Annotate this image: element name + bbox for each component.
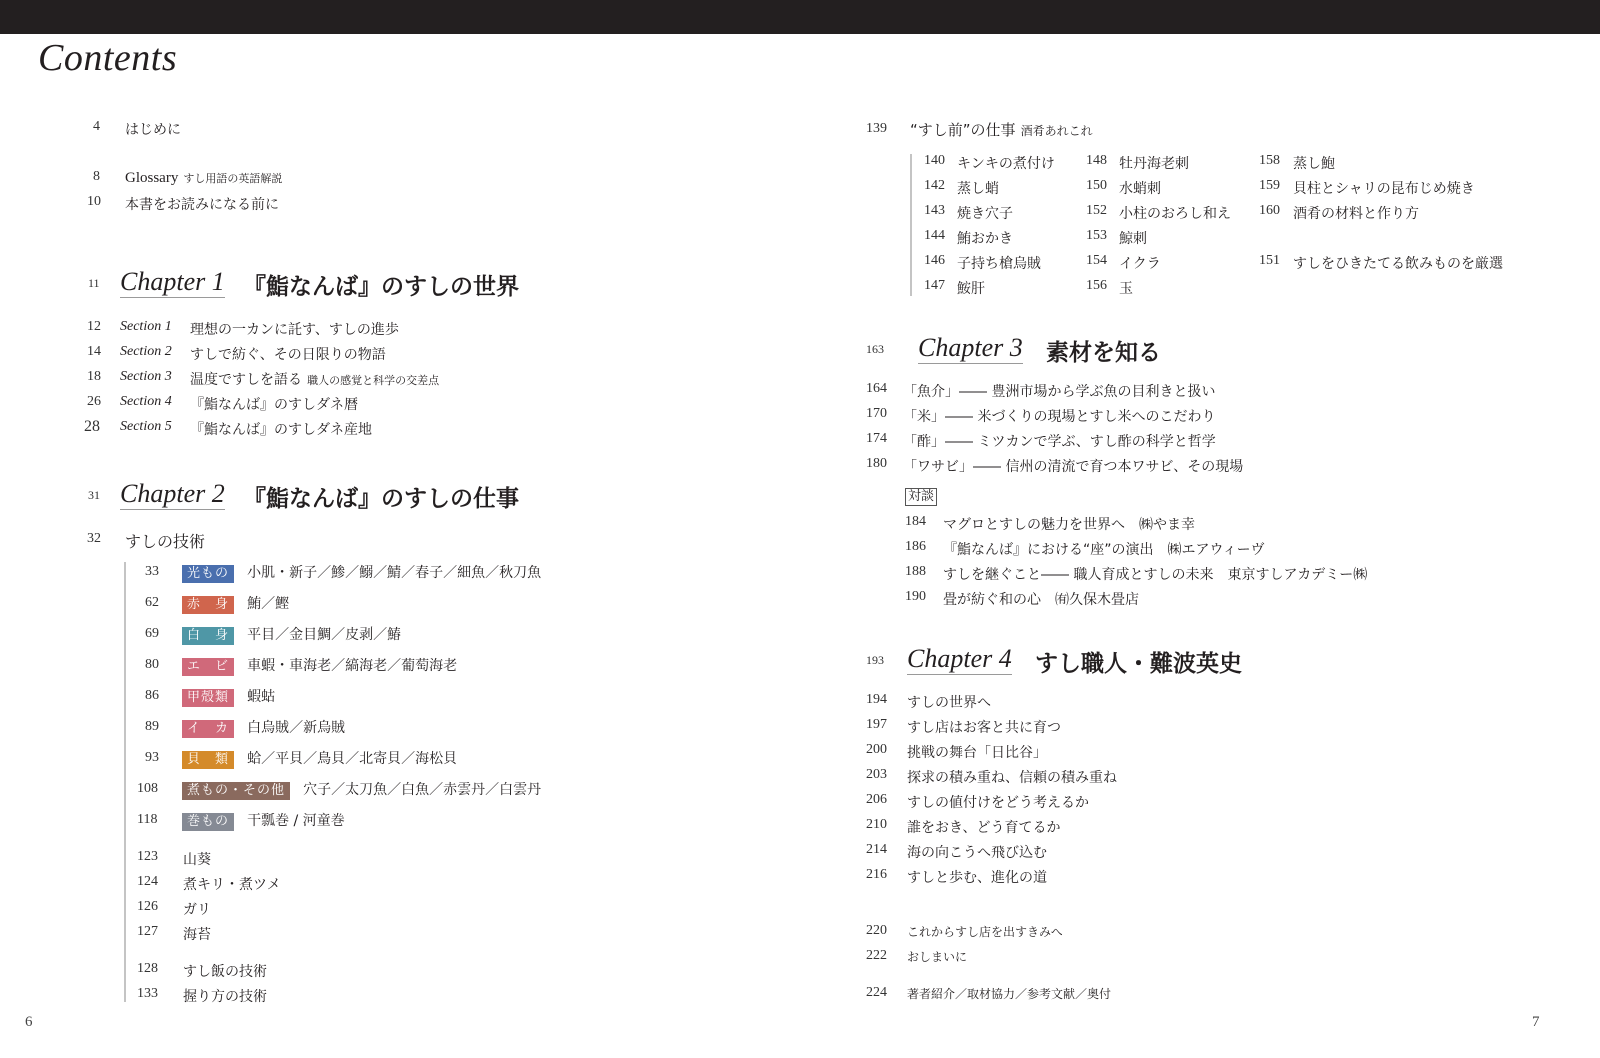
toc-page-num: 174 (866, 431, 887, 447)
toc-page-num: 126 (137, 899, 158, 915)
toc-page-num: 220 (866, 923, 887, 939)
header-bar (0, 0, 1600, 34)
toc-entry-category[interactable]: 赤 身 鮪／鰹 (182, 593, 289, 614)
category-items: 平目／金目鯛／皮剥／鰆 (247, 627, 401, 643)
toc-page-num: 8 (93, 169, 100, 185)
toc-entry-dialogue[interactable]: 畳が紡ぐ和の心 ㈲久保木畳店 (943, 589, 1139, 609)
toc-entry-appetizer[interactable]: 焼き穴子 (957, 203, 1013, 223)
toc-page-num: 128 (137, 961, 158, 977)
toc-entry-appetizer[interactable]: 貝柱とシャリの昆布じめ焼き (1293, 178, 1475, 198)
toc-page-num: 180 (866, 456, 887, 472)
toc-entry-gari[interactable]: ガリ (183, 899, 211, 919)
chapter-1-label[interactable]: Chapter 1 (120, 268, 225, 298)
category-badge: エ ビ (182, 658, 234, 676)
chapter-4-title[interactable]: すし職人・難波英史 (1035, 645, 1242, 678)
toc-page-num: 4 (93, 119, 100, 135)
category-badge: 白 身 (182, 627, 234, 645)
category-badge: 甲殻類 (182, 689, 234, 707)
toc-entry-glossary[interactable]: Glossary すし用語の英語解説 (125, 167, 282, 187)
toc-page-num: 194 (866, 692, 887, 708)
toc-entry-appetizer[interactable]: 水蛸刺 (1119, 178, 1161, 198)
chapter-page-num: 163 (866, 342, 884, 357)
toc-entry-category[interactable]: 巻もの 干瓢巻 / 河童巻 (182, 810, 345, 831)
dialogue-label: 対談 (905, 488, 937, 506)
toc-page-num: 142 (924, 178, 945, 194)
toc-page-num: 153 (1086, 228, 1107, 244)
page-number-left: 6 (25, 1014, 33, 1031)
chapter-page-num: 193 (866, 653, 884, 668)
toc-entry-seafood[interactable]: 「魚介」―― 豊洲市場から学ぶ魚の目利きと扱い (903, 381, 1215, 401)
toc-entry-category[interactable]: 白 身 平目／金目鯛／皮剥／鰆 (182, 624, 401, 645)
chapter-2-label[interactable]: Chapter 2 (120, 480, 225, 510)
toc-page-num: 86 (145, 688, 159, 704)
toc-page-num: 18 (87, 369, 101, 385)
toc-page-num: 10 (87, 194, 101, 210)
toc-entry-sushi-technique[interactable]: すしの技術 (125, 529, 205, 552)
toc-entry-appetizer[interactable]: キンキの煮付け (957, 153, 1055, 173)
toc-entry-chapter4[interactable]: 挑戦の舞台「日比谷」 (907, 742, 1047, 762)
toc-page-num: 154 (1086, 253, 1107, 269)
category-items: 穴子／太刀魚／白魚／赤雲丹／白雲丹 (303, 782, 541, 798)
category-items: 鮪／鰹 (247, 596, 289, 612)
category-items: 小肌・新子／鯵／鰯／鯖／春子／細魚／秋刀魚 (247, 565, 541, 581)
toc-entry-appetizer[interactable]: イクラ (1119, 253, 1161, 273)
chapter-page-num: 31 (88, 488, 100, 503)
toc-entry-chapter4[interactable]: すし店はお客と共に育つ (907, 717, 1061, 737)
toc-entry-dialogue[interactable]: マグロとすしの魅力を世界へ ㈱やま幸 (943, 514, 1195, 534)
toc-page-num: 200 (866, 742, 887, 758)
section-3-title: 温度ですしを語る (190, 372, 302, 388)
toc-page-num: 93 (145, 750, 159, 766)
toc-page-num: 158 (1259, 153, 1280, 169)
toc-page-num: 89 (145, 719, 159, 735)
toc-entry-section-1[interactable]: 理想の一カンに託す、すしの進歩 (190, 319, 399, 339)
toc-entry-chapter4[interactable]: 海の向こうへ飛び込む (907, 842, 1047, 862)
toc-entry-nigiri-technique[interactable]: 握り方の技術 (183, 986, 267, 1006)
section-label: Section 1 (120, 319, 172, 335)
toc-page-num: 216 (866, 867, 887, 883)
toc-entry-appetizer[interactable]: 蒸し蛸 (957, 178, 999, 198)
toc-entry-intro[interactable]: はじめに (125, 119, 181, 139)
glossary-label: Glossary (125, 170, 178, 186)
toc-entry-category[interactable]: 貝 類 蛤／平貝／鳥貝／北寄貝／海松貝 (182, 748, 457, 769)
chapter-3-label[interactable]: Chapter 3 (918, 334, 1023, 364)
toc-page-num: 62 (145, 595, 159, 611)
page-title: Contents (38, 36, 177, 80)
category-items: 蝦蛄 (247, 689, 275, 705)
toc-page-num: 32 (87, 531, 101, 547)
toc-entry-chapter4[interactable]: すしの値付けをどう考えるか (907, 792, 1089, 812)
toc-page-num: 80 (145, 657, 159, 673)
toc-entry-section-4[interactable]: 『鮨なんば』のすしダネ暦 (190, 394, 358, 414)
toc-entry-rice-technique[interactable]: すし飯の技術 (183, 961, 267, 981)
toc-page-num: 123 (137, 849, 158, 865)
toc-page-num: 151 (1259, 253, 1280, 269)
toc-entry-before-reading[interactable]: 本書をお読みになる前に (125, 194, 279, 214)
section-label: Section 5 (120, 419, 172, 435)
toc-page-num: 144 (924, 228, 945, 244)
toc-page-num: 152 (1086, 203, 1107, 219)
toc-page-num: 190 (905, 589, 926, 605)
toc-page-num: 164 (866, 381, 887, 397)
toc-entry-nikiri[interactable]: 煮キリ・煮ツメ (183, 874, 281, 894)
toc-page-num: 150 (1086, 178, 1107, 194)
toc-page-num: 14 (87, 344, 101, 360)
toc-entry-section-2[interactable]: すしで紡ぐ、その日限りの物語 (190, 344, 386, 364)
section-label: Section 2 (120, 344, 172, 360)
toc-page-num: 143 (924, 203, 945, 219)
toc-entry-drinks[interactable]: すしをひきたてる飲みものを厳選 (1293, 253, 1503, 273)
toc-page-num: 222 (866, 948, 887, 964)
toc-page-num: 203 (866, 767, 887, 783)
toc-page-num: 156 (1086, 278, 1107, 294)
toc-page-num: 186 (905, 539, 926, 555)
toc-entry-appetizer[interactable]: 蒸し鮑 (1293, 153, 1335, 173)
toc-page-num: 147 (924, 278, 945, 294)
toc-entry-chapter4[interactable]: 誰をおき、どう育てるか (907, 817, 1060, 837)
toc-entry-section-3[interactable]: 温度ですしを語る 職人の感覚と科学の交差点 (190, 369, 439, 389)
category-items: 車蝦・車海老／縞海老／葡萄海老 (247, 658, 457, 674)
toc-page-num: 170 (866, 406, 887, 422)
toc-entry-back-matter[interactable]: おしまいに (907, 948, 967, 965)
toc-page-num: 12 (87, 319, 101, 335)
toc-page-num: 224 (866, 985, 887, 1001)
category-badge: 貝 類 (182, 751, 234, 769)
toc-page-num: 146 (924, 253, 945, 269)
toc-page-num: 160 (1259, 203, 1280, 219)
toc-entry-appetizer[interactable]: 鮪おかき (957, 228, 1013, 248)
toc-entry-wasabi-field[interactable]: 「ワサビ」―― 信州の清流で育つ本ワサビ、その現場 (903, 456, 1243, 476)
toc-page-num: 26 (87, 394, 101, 410)
toc-entry-appetizer[interactable]: 玉 (1119, 278, 1133, 298)
toc-page-num: 206 (866, 792, 887, 808)
toc-page-num: 197 (866, 717, 887, 733)
toc-entry-category[interactable]: エ ビ 車蝦・車海老／縞海老／葡萄海老 (182, 655, 457, 676)
toc-entry-dialogue[interactable]: すしを継ぐこと―― 職人育成とすしの未来 東京すしアカデミー㈱ (943, 564, 1367, 584)
toc-entry-appetizer[interactable]: 小柱のおろし和え (1119, 203, 1231, 223)
category-badge: 赤 身 (182, 596, 234, 614)
toc-entry-chapter4[interactable]: すしと歩む、進化の道 (907, 867, 1047, 887)
toc-entry-section-5[interactable]: 『鮨なんば』のすしダネ産地 (190, 419, 372, 439)
page-number-right: 7 (1532, 1014, 1540, 1031)
toc-page-num: 133 (137, 986, 158, 1002)
category-badge: 光もの (182, 565, 234, 583)
sushimae-title: “すし前”の仕事 (910, 121, 1016, 139)
toc-entry-dialogue[interactable]: 『鮨なんば』における“座”の演出 ㈱エアウィーヴ (943, 539, 1265, 559)
section-label: Section 3 (120, 369, 172, 385)
category-badge: イ カ (182, 720, 234, 738)
toc-entry-sushimae[interactable]: “すし前”の仕事 酒肴あれこれ (910, 119, 1093, 140)
toc-entry-appetizer[interactable]: 牡丹海老刺 (1119, 153, 1189, 173)
category-badge: 巻もの (182, 813, 234, 831)
category-badge: 煮もの・その他 (182, 782, 290, 800)
divider-line (910, 154, 912, 296)
toc-entry-back-matter[interactable]: これからすし店を出すきみへ (907, 923, 1063, 940)
toc-page-num: 140 (924, 153, 945, 169)
toc-entry-wasabi[interactable]: 山葵 (183, 849, 211, 869)
toc-page-num: 210 (866, 817, 887, 833)
category-items: 白烏賊／新烏賊 (247, 720, 345, 736)
toc-page-num: 118 (137, 812, 157, 828)
divider-line (124, 562, 126, 1002)
chapter-3-title[interactable]: 素材を知る (1046, 334, 1161, 367)
toc-page-num: 127 (137, 924, 158, 940)
section-label: Section 4 (120, 394, 172, 410)
toc-entry-category[interactable]: 煮もの・その他 穴子／太刀魚／白魚／赤雲丹／白雲丹 (182, 779, 541, 800)
toc-page-num: 214 (866, 842, 887, 858)
toc-entry-back-matter[interactable]: 著者紹介／取材協力／参考文献／奥付 (907, 985, 1111, 1002)
toc-entry-chapter4[interactable]: すしの世界へ (907, 692, 991, 712)
toc-entry-vinegar[interactable]: 「酢」―― ミツカンで学ぶ、すし酢の科学と哲学 (903, 431, 1216, 451)
toc-entry-rice[interactable]: 「米」―― 米づくりの現場とすし米へのこだわり (903, 406, 1215, 426)
sushimae-subtitle: 酒肴あれこれ (1021, 124, 1093, 138)
toc-entry-category[interactable]: イ カ 白烏賊／新烏賊 (182, 717, 345, 738)
toc-entry-appetizer[interactable]: 鯨刺 (1119, 228, 1147, 248)
toc-page-num: 148 (1086, 153, 1107, 169)
toc-page-num: 159 (1259, 178, 1280, 194)
toc-entry-nori[interactable]: 海苔 (183, 924, 211, 944)
section-3-subtitle: 職人の感覚と科学の交差点 (307, 374, 439, 387)
toc-page-num: 124 (137, 874, 158, 890)
toc-page-num: 28 (84, 418, 100, 436)
category-items: 干瓢巻 / 河童巻 (247, 813, 345, 829)
toc-entry-appetizer[interactable]: 子持ち槍烏賊 (957, 253, 1041, 273)
glossary-subtitle: すし用語の英語解説 (183, 172, 282, 185)
toc-page-num: 139 (866, 121, 887, 137)
chapter-4-label[interactable]: Chapter 4 (907, 645, 1012, 675)
category-items: 蛤／平貝／鳥貝／北寄貝／海松貝 (247, 751, 457, 767)
toc-page-num: 33 (145, 564, 159, 580)
chapter-page-num: 11 (88, 276, 100, 291)
toc-page-num: 108 (137, 781, 158, 797)
toc-entry-category[interactable]: 光もの 小肌・新子／鯵／鰯／鯖／春子／細魚／秋刀魚 (182, 562, 541, 583)
toc-page-num: 184 (905, 514, 926, 530)
toc-page-num: 188 (905, 564, 926, 580)
toc-entry-chapter4[interactable]: 探求の積み重ね、信頼の積み重ね (907, 767, 1117, 787)
toc-entry-category[interactable]: 甲殻類 蝦蛄 (182, 686, 275, 707)
toc-page-num: 69 (145, 626, 159, 642)
toc-entry-appetizer-recipes[interactable]: 酒肴の材料と作り方 (1293, 203, 1419, 223)
toc-entry-appetizer[interactable]: 鮟肝 (957, 278, 985, 298)
chapter-1-title[interactable]: 『鮨なんば』のすしの世界 (243, 268, 519, 301)
chapter-2-title[interactable]: 『鮨なんば』のすしの仕事 (243, 480, 519, 513)
